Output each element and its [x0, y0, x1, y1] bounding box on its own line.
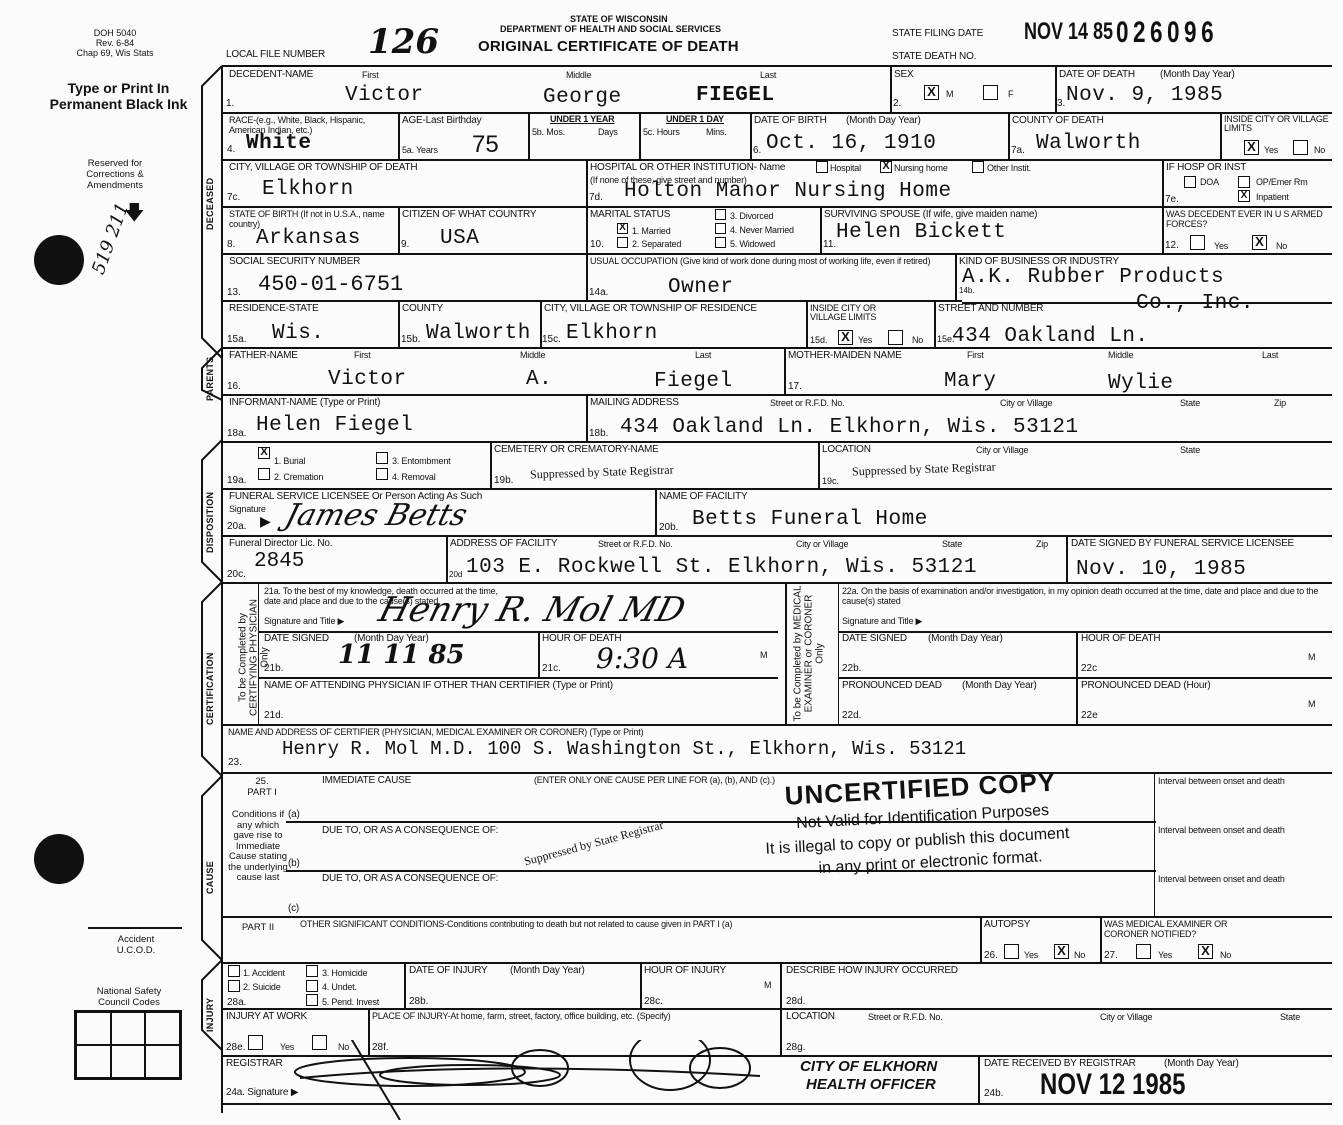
field-num-22e: 22e [1081, 710, 1098, 721]
rule [586, 159, 588, 206]
field-num-7e: 7e. [1165, 194, 1179, 205]
field-num-3: 3. [1057, 98, 1065, 109]
field-num-13: 13. [227, 287, 241, 298]
days-label: Days [598, 127, 618, 137]
decedent-last: FIEGEL [696, 84, 775, 107]
sex-f-label: F [1008, 89, 1013, 99]
place-of-injury-label: PLACE OF INJURY-At home, farm, street, f… [372, 1011, 732, 1021]
me-notified-yes-label: Yes [1158, 950, 1172, 960]
disposition-option-3: 3. Entombment [392, 456, 450, 466]
date-of-birth: Oct. 16, 1910 [766, 132, 936, 155]
father-middle: A. [526, 368, 552, 391]
married-checkbox[interactable]: X [617, 223, 628, 234]
registrar-signature-text: 24a. Signature [226, 1087, 288, 1098]
field-num-15d: 15d. [810, 335, 828, 345]
armed-no-checkbox[interactable]: X [1252, 235, 1267, 250]
entombment-checkbox[interactable] [376, 452, 388, 464]
field-num-24b: 24b. [984, 1088, 1003, 1099]
date-of-death-label: DATE OF DEATH [1059, 69, 1135, 80]
rule [820, 206, 822, 253]
rule [222, 441, 1332, 443]
rule [750, 112, 752, 159]
marital-option-1: 1. Married [632, 226, 671, 236]
field-num-20c: 20c. [227, 569, 246, 580]
registrar-signature-scribble [290, 1040, 810, 1120]
registrar-stamp-line-1: CITY OF ELKHORN [800, 1058, 937, 1075]
sex-label: SEX [894, 69, 913, 80]
injury-city-label: City or Village [1100, 1012, 1152, 1022]
inside-city-res-no-checkbox[interactable] [888, 330, 903, 345]
first-label: First [362, 70, 379, 80]
field-num-20a: 20a. [227, 521, 246, 532]
rule [538, 631, 540, 677]
physician-only-note: To be Completed by CERTIFYING PHYSICIAN … [238, 588, 273, 728]
rule [222, 300, 962, 302]
field-num-27: 27. [1104, 950, 1118, 961]
decedent-middle: George [543, 86, 622, 109]
other-conditions-label: OTHER SIGNIFICANT CONDITIONS-Conditions … [300, 919, 732, 929]
inside-city-res-no: No [912, 335, 923, 345]
field-num-6: 6. [753, 145, 761, 156]
rule [586, 253, 588, 300]
date-signed-21b-label: DATE SIGNED [264, 633, 329, 644]
pronounced-hour-label: PRONOUNCED DEAD (Hour) [1081, 680, 1211, 691]
inside-city-label: INSIDE CITY OR VILLAGE LIMITS [1224, 115, 1329, 133]
cremation-checkbox[interactable] [258, 468, 270, 480]
location-city-label: City or Village [976, 445, 1028, 455]
under-1-year-label: UNDER 1 YEAR [550, 114, 614, 124]
marital-option-2: 2. Separated [632, 239, 681, 249]
rule [404, 962, 406, 1008]
spouse-label: SURVIVING SPOUSE (If wife, give maiden n… [824, 209, 1037, 220]
rule [222, 488, 1332, 490]
hour-22c-label: HOUR OF DEATH [1081, 633, 1160, 644]
marital-option-5: 5. Widowed [730, 239, 775, 249]
field-num-28b: 28b. [409, 996, 428, 1007]
rule [955, 253, 957, 300]
field-num-18b: 18b. [589, 428, 608, 439]
separated-checkbox[interactable] [617, 237, 628, 248]
sex-m-checkbox[interactable]: X [924, 85, 939, 100]
rule [222, 724, 1332, 726]
rule [785, 582, 787, 724]
field-num-14a: 14a. [589, 287, 608, 298]
part-ii-label: PART II [238, 922, 278, 933]
county-death-label: COUNTY OF DEATH [1012, 115, 1104, 126]
location-label: LOCATION [822, 444, 871, 455]
facility-address: 103 E. Rockwell St. Elkhorn, Wis. 53121 [466, 556, 977, 579]
inside-city-res-yes: Yes [858, 335, 872, 345]
field-num-28d: 28d. [786, 996, 805, 1007]
inside-city-no-checkbox[interactable] [1293, 140, 1308, 155]
mailing-zip-label: Zip [1274, 398, 1286, 408]
date-signed-22b-label: DATE SIGNED [842, 633, 907, 644]
rule [818, 441, 820, 488]
mailing-city-label: City or Village [1000, 398, 1052, 408]
field-num-21c: 21c. [542, 663, 561, 674]
field-num-12: 12. [1165, 240, 1179, 251]
injury-hour-label: HOUR OF INJURY [644, 965, 726, 976]
divorced-checkbox[interactable] [715, 209, 726, 220]
mother-label: MOTHER-MAIDEN NAME [788, 350, 902, 361]
rule [222, 347, 1332, 349]
work-yes-checkbox[interactable] [248, 1035, 263, 1050]
injury-option-2: 2. Suicide [243, 982, 281, 992]
county-of-death: Walworth [1036, 132, 1141, 155]
rule [586, 394, 588, 441]
section-parents: PARENTS [205, 345, 215, 401]
spouse-name: Helen Bickett [836, 221, 1006, 244]
examiner-only-note: To be Completed by MEDICAL EXAMINER or C… [793, 584, 828, 724]
disposition-option-1: 1. Burial [274, 456, 305, 466]
rule [934, 302, 936, 347]
mother-first-label: First [967, 350, 984, 360]
doa-checkbox[interactable] [1184, 176, 1196, 188]
physician-date-signed: 11 11 85 [338, 640, 465, 670]
injury-option-4: 4. Undet. [322, 982, 357, 992]
hour-22c-m: M [1308, 652, 1315, 662]
section-deceased: DECEASED [205, 170, 215, 230]
injury-option-3: 3. Homicide [322, 968, 367, 978]
date-of-death: Nov. 9, 1985 [1066, 84, 1223, 107]
city-death-label: CITY, VILLAGE OR TOWNSHIP OF DEATH [229, 162, 417, 173]
section-injury: INJURY [205, 982, 215, 1032]
interval-a: Interval between onset and death [1158, 776, 1285, 786]
lic-no-value: 2845 [254, 550, 304, 573]
inpatient-checkbox[interactable]: X [1238, 190, 1250, 202]
armed-forces-label: WAS DECEDENT EVER IN U S ARMED FORCES? [1166, 209, 1328, 229]
field-num-22d: 22d. [842, 710, 861, 721]
me-signature-title-text: Signature and Title [842, 616, 913, 626]
rule [1066, 535, 1068, 582]
father-middle-label: Middle [520, 350, 545, 360]
facility-address-label: ADDRESS OF FACILITY [450, 538, 557, 549]
rule [655, 488, 657, 535]
middle-label: Middle [566, 70, 591, 80]
city-of-residence: Elkhorn [566, 322, 658, 345]
last-label: Last [760, 70, 776, 80]
state-birth-label: STATE OF BIRTH (If not in U.S.A., name c… [229, 209, 394, 229]
ssn-label: SOCIAL SECURITY NUMBER [229, 256, 360, 267]
injury-state-label: State [1280, 1012, 1300, 1022]
interval-b: Interval between onset and death [1158, 825, 1285, 835]
rule [1162, 206, 1164, 253]
statement-22a: 22a. On the basis of examination and/or … [842, 586, 1322, 606]
facility-street-label: Street or R.F.D. No. [598, 539, 673, 549]
field-num-8: 8. [227, 239, 235, 250]
section-certification: CERTIFICATION [205, 629, 215, 725]
inside-city-yes-checkbox[interactable]: X [1244, 140, 1259, 155]
residence-county: Walworth [426, 322, 531, 345]
cause-b-label: (b) [288, 858, 300, 869]
field-num-11: 11. [823, 239, 836, 250]
city-residence-label: CITY, VILLAGE OR TOWNSHIP OF RESIDENCE [544, 303, 757, 314]
other-instit-option: Other Instit. [987, 163, 1031, 173]
field-num-26: 26. [984, 950, 998, 961]
hour-m-label: M [760, 650, 767, 660]
facility-state-label: State [942, 539, 962, 549]
hospital-checkbox[interactable] [816, 161, 828, 173]
signature-title-label: Signature and Title ▶ [264, 616, 344, 626]
date-received: NOV 12 1985 [1040, 1068, 1185, 1102]
field-num-7d: 7d. [589, 192, 603, 203]
immediate-cause-label: IMMEDIATE CAUSE [322, 775, 411, 786]
decedent-name-label: DECEDENT-NAME [229, 69, 313, 80]
field-num-15c: 15c. [542, 334, 561, 345]
cause-c-label: (c) [288, 903, 299, 914]
injury-at-work-label: INJURY AT WORK [226, 1011, 307, 1022]
rule [222, 535, 1332, 537]
inside-city-no-label: No [1314, 145, 1325, 155]
field-num-21d: 21d. [264, 710, 283, 721]
hours-label: 5c. Hours [643, 127, 680, 137]
state-of-birth: Arkansas [256, 227, 361, 250]
due-to-b: DUE TO, OR AS A CONSEQUENCE OF: [322, 873, 498, 884]
op-emer-label: OP/Emer Rm [1256, 177, 1308, 187]
burial-checkbox[interactable]: X [258, 447, 270, 459]
me-signature-title-label: Signature and Title ▶ [842, 616, 922, 626]
field-num-17: 17. [788, 381, 802, 392]
location-state-label: State [1180, 445, 1200, 455]
rule [222, 1008, 1332, 1010]
rule [490, 441, 492, 488]
rule [586, 206, 588, 253]
physician-signature: Henry R. Mol MD [375, 590, 690, 630]
occupation-label: USUAL OCCUPATION (Give kind of work done… [590, 256, 950, 266]
cemetery-label: CEMETERY OR CREMATORY-NAME [494, 444, 659, 455]
age-label: AGE-Last Birthday [402, 115, 481, 126]
funeral-date-label: DATE SIGNED BY FUNERAL SERVICE LICENSEE [1071, 538, 1294, 549]
registrar-stamp-line-2: HEALTH OFFICER [806, 1076, 936, 1093]
inside-city-yes-label: Yes [1264, 145, 1278, 155]
hosp-inst-label: IF HOSP OR INST [1166, 162, 1246, 173]
me-notified-yes-checkbox[interactable] [1136, 944, 1151, 959]
rule [528, 112, 530, 159]
other-instit-checkbox[interactable] [972, 161, 984, 173]
mother-last-label: Last [1262, 350, 1278, 360]
under-1-day-label: UNDER 1 DAY [666, 114, 724, 124]
removal-checkbox[interactable] [376, 468, 388, 480]
rule [1076, 631, 1078, 724]
inpatient-label: Inpatient [1256, 192, 1289, 202]
rule [222, 962, 1332, 964]
field-num-2: 2. [893, 98, 901, 109]
field-num-19c: 19c. [822, 476, 839, 486]
part-i-label: 25. PART I [242, 776, 282, 798]
hospital-label: HOSPITAL OR OTHER INSTITUTION- Name [590, 162, 785, 173]
armed-no-label: No [1276, 241, 1287, 251]
field-num-28c: 28c. [644, 996, 663, 1007]
pronounced-label: PRONOUNCED DEAD [842, 680, 942, 691]
field-num-9: 9. [401, 239, 409, 250]
institution-name: Holton Manor Nursing Home [624, 180, 952, 203]
mailing-state-label: State [1180, 398, 1200, 408]
father-last: Fiegel [654, 370, 733, 393]
injury-location-label: LOCATION [786, 1011, 835, 1022]
rule [1100, 916, 1102, 962]
marital-option-3: 3. Divorced [730, 211, 773, 221]
part-i-desc: Conditions if any which gave rise to Imm… [226, 810, 290, 884]
certifier-value: Henry R. Mol M.D. 100 S. Washington St.,… [282, 738, 966, 760]
mother-middle: Wylie [1108, 372, 1174, 395]
injury-date-label: DATE OF INJURY [409, 965, 488, 976]
residence-state-label: RESIDENCE-STATE [229, 303, 318, 314]
homicide-checkbox[interactable] [306, 965, 318, 977]
rule [398, 206, 400, 253]
due-to-a: DUE TO, OR AS A CONSEQUENCE OF: [322, 825, 498, 836]
signature-arrow-icon: ▶ [260, 513, 271, 530]
pronounced-sub: (Month Day Year) [962, 680, 1037, 691]
disposition-option-2: 2. Cremation [274, 472, 323, 482]
attending-label: NAME OF ATTENDING PHYSICIAN IF OTHER THA… [264, 680, 613, 691]
father-first: Victor [328, 368, 407, 391]
signature-title-text: Signature and Title [264, 616, 335, 626]
business-line-1: A.K. Rubber Products [962, 266, 1224, 289]
accident-checkbox[interactable] [228, 965, 240, 977]
field-num-18a: 18a. [227, 428, 246, 439]
cause-instruction: (ENTER ONLY ONE CAUSE PER LINE FOR (a), … [534, 775, 775, 785]
me-notified-no-label: No [1220, 950, 1231, 960]
autopsy-yes-label: Yes [1024, 950, 1038, 960]
rule [980, 916, 982, 962]
rule [978, 1055, 980, 1103]
rule [640, 962, 642, 1008]
date-signed-22b-sub: (Month Day Year) [928, 633, 1003, 644]
field-num-4: 4. [227, 144, 235, 155]
disposition-option-4: 4. Removal [392, 472, 436, 482]
section-cause: CAUSE [205, 844, 215, 894]
marital-option-4: 4. Never Married [730, 225, 794, 235]
date-of-death-sub: (Month Day Year) [1160, 69, 1235, 80]
street-value: 434 Oakland Ln. [952, 325, 1149, 348]
business-line-2: Co., Inc. [1136, 292, 1254, 315]
licensee-signature: James Betts [281, 498, 471, 533]
field-num-15b: 15b. [401, 334, 420, 345]
rule [806, 302, 808, 347]
autopsy-label: AUTOPSY [984, 919, 1030, 930]
injury-street-label: Street or R.F.D. No. [868, 1012, 943, 1022]
armed-yes-label: Yes [1214, 241, 1228, 251]
field-num-20d: 20d [449, 570, 462, 579]
father-last-label: Last [695, 350, 711, 360]
rule [258, 677, 778, 679]
marital-label: MARITAL STATUS [590, 209, 670, 220]
rule [838, 582, 839, 724]
op-emer-checkbox[interactable] [1238, 176, 1250, 188]
registrar-signature-label: 24a. Signature ▶ [226, 1087, 298, 1098]
autopsy-yes-checkbox[interactable] [1004, 944, 1019, 959]
rule [222, 916, 1332, 918]
field-num-7a: 7a. [1011, 145, 1025, 156]
field-num-19a: 19a. [227, 475, 246, 486]
facility-zip-label: Zip [1036, 539, 1048, 549]
rule [446, 535, 448, 582]
ssn-value: 450-01-6751 [258, 272, 403, 297]
field-num-22b: 22b. [842, 663, 861, 674]
rule [222, 582, 1332, 584]
rule [890, 66, 892, 112]
sex-m-label: M [946, 89, 953, 99]
mailing-street-label: Street or R.F.D. No. [770, 398, 845, 408]
field-num-22c: 22c [1081, 663, 1097, 674]
occupation-value: Owner [668, 276, 734, 299]
age-years-label: 5a. Years [402, 145, 438, 155]
father-label: FATHER-NAME [229, 350, 298, 361]
registrar-label: REGISTRAR [226, 1058, 283, 1069]
me-notified-label: WAS MEDICAL EXAMINER OR CORONER NOTIFIED… [1104, 919, 1254, 939]
nursing-home-checkbox[interactable]: X [880, 161, 892, 173]
mother-middle-label: Middle [1108, 350, 1133, 360]
facility-city-label: City or Village [796, 539, 848, 549]
undet-checkbox[interactable] [306, 980, 318, 992]
sex-f-checkbox[interactable] [983, 85, 998, 100]
street-label: STREET AND NUMBER [938, 303, 1043, 314]
rule [222, 253, 1332, 255]
field-num-10: 10. [590, 239, 604, 250]
inside-city-res-label: INSIDE CITY OR VILLAGE LIMITS [810, 304, 910, 322]
decedent-first: Victor [345, 84, 424, 107]
informant-label: INFORMANT-NAME (Type or Print) [229, 397, 380, 408]
field-num-16: 16. [227, 381, 241, 392]
rule [398, 112, 400, 159]
field-num-28e: 28e. [226, 1042, 245, 1053]
injury-option-5: 5. Pend. Invest [322, 997, 379, 1007]
hour-of-death: 9:30 A [596, 642, 688, 675]
interval-c: Interval between onset and death [1158, 874, 1285, 884]
pronounced-m: M [1308, 699, 1315, 709]
pend-invest-checkbox[interactable] [306, 994, 318, 1006]
section-disposition: DISPOSITION [205, 473, 215, 553]
hospital-option: Hospital [830, 163, 861, 173]
inside-city-res-yes-checkbox[interactable]: X [838, 330, 853, 345]
rule [639, 112, 641, 159]
me-notified-no-checkbox[interactable]: X [1198, 944, 1213, 959]
rule [838, 677, 1332, 679]
mos-label: 5b. Mos. [532, 127, 565, 137]
mins-label: Mins. [706, 127, 727, 137]
field-num-19b: 19b. [494, 475, 513, 486]
dob-label: DATE OF BIRTH [754, 115, 827, 126]
mailing-address: 434 Oakland Ln. Elkhorn, Wis. 53121 [620, 416, 1079, 439]
rule [784, 347, 786, 394]
armed-yes-checkbox[interactable] [1190, 235, 1205, 250]
suicide-checkbox[interactable] [228, 980, 240, 992]
funeral-date-signed: Nov. 10, 1985 [1076, 558, 1246, 581]
injury-option-1: 1. Accident [243, 968, 285, 978]
informant-name: Helen Fiegel [256, 414, 413, 437]
field-num-28a: 28a. [227, 997, 246, 1008]
rule [258, 582, 259, 724]
nursing-home-option: Nursing home [894, 163, 948, 173]
field-num-1: 1. [226, 98, 234, 109]
race-value: White [246, 132, 312, 155]
never-married-checkbox[interactable] [715, 223, 726, 234]
rule [222, 206, 1332, 208]
certifier-label: NAME AND ADDRESS OF CERTIFIER (PHYSICIAN… [228, 727, 643, 737]
rule [222, 112, 1332, 114]
county-label: COUNTY [402, 303, 443, 314]
widowed-checkbox[interactable] [715, 237, 726, 248]
facility-name: Betts Funeral Home [692, 508, 928, 531]
mother-first: Mary [944, 370, 996, 393]
injury-hour-m: M [764, 980, 771, 990]
field-num-7c: 7c. [227, 192, 240, 203]
rule [1162, 159, 1164, 206]
field-num-15a: 15a. [227, 334, 246, 345]
autopsy-no-checkbox[interactable]: X [1054, 944, 1069, 959]
age-years-text: Years [416, 145, 438, 155]
mailing-label: MAILING ADDRESS [590, 397, 679, 408]
